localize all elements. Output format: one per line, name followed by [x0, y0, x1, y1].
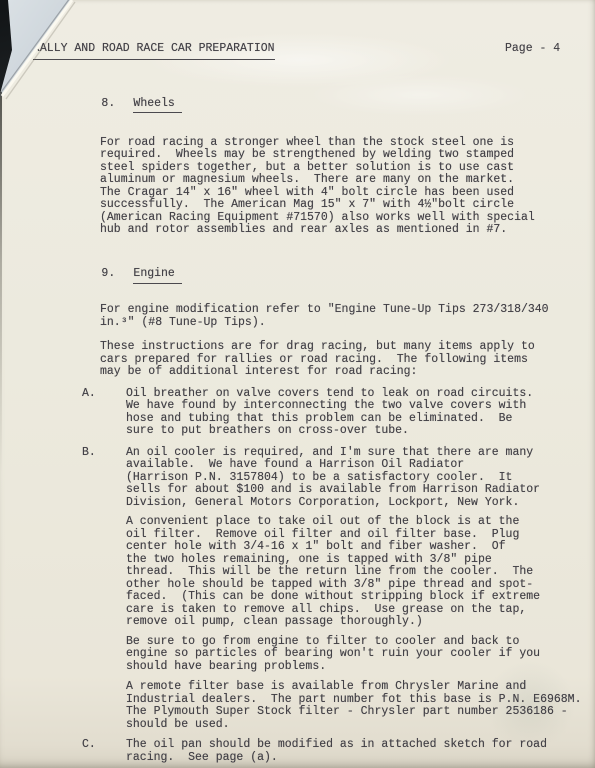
section-title: Wheels	[133, 98, 181, 114]
section-heading-engine: 9.Engine	[60, 256, 595, 297]
page-number-label: Page - 4	[505, 43, 560, 56]
list-item-c: C. The oil pan should be modified as in …	[0, 739, 595, 764]
paragraph: These instructions are for drag racing, …	[100, 341, 595, 379]
left-edge-shadow	[0, 92, 2, 472]
item-paragraph: A convenient place to take oil out of th…	[126, 516, 595, 629]
item-paragraph: Oil breather on valve covers tend to lea…	[126, 388, 595, 438]
paragraph: For road racing a stronger wheel than th…	[100, 137, 595, 237]
item-letter: C.	[82, 739, 96, 752]
item-body: The oil pan should be modified as in att…	[126, 739, 595, 764]
scanned-document-page: RALLY AND ROAD RACE CAR PREPARATION Page…	[0, 0, 595, 768]
list-item-a: A. Oil breather on valve covers tend to …	[0, 388, 595, 438]
list-item-b: B. An oil cooler is required, and I'm su…	[0, 447, 595, 732]
section-number: 9.	[101, 268, 133, 281]
paragraph: For engine modification refer to "Engine…	[100, 304, 595, 329]
item-paragraph: The oil pan should be modified as in att…	[126, 739, 595, 764]
section-number: 8.	[101, 98, 133, 111]
item-paragraph: A remote filter base is available from C…	[126, 681, 595, 731]
document-title: RALLY AND ROAD RACE CAR PREPARATION	[33, 43, 275, 60]
item-body: An oil cooler is required, and I'm sure …	[126, 447, 595, 732]
item-body: Oil breather on valve covers tend to lea…	[126, 388, 595, 438]
item-letter: A.	[82, 388, 96, 401]
item-paragraph: Be sure to go from engine to filter to c…	[126, 636, 595, 674]
item-paragraph: An oil cooler is required, and I'm sure …	[126, 447, 595, 510]
item-letter: B.	[82, 447, 96, 460]
section-title: Engine	[133, 268, 181, 284]
typewritten-content: RALLY AND ROAD RACE CAR PREPARATION Page…	[0, 0, 595, 768]
page-header: RALLY AND ROAD RACE CAR PREPARATION Page…	[0, 43, 595, 57]
section-heading-wheels: 8.Wheels	[60, 85, 595, 126]
